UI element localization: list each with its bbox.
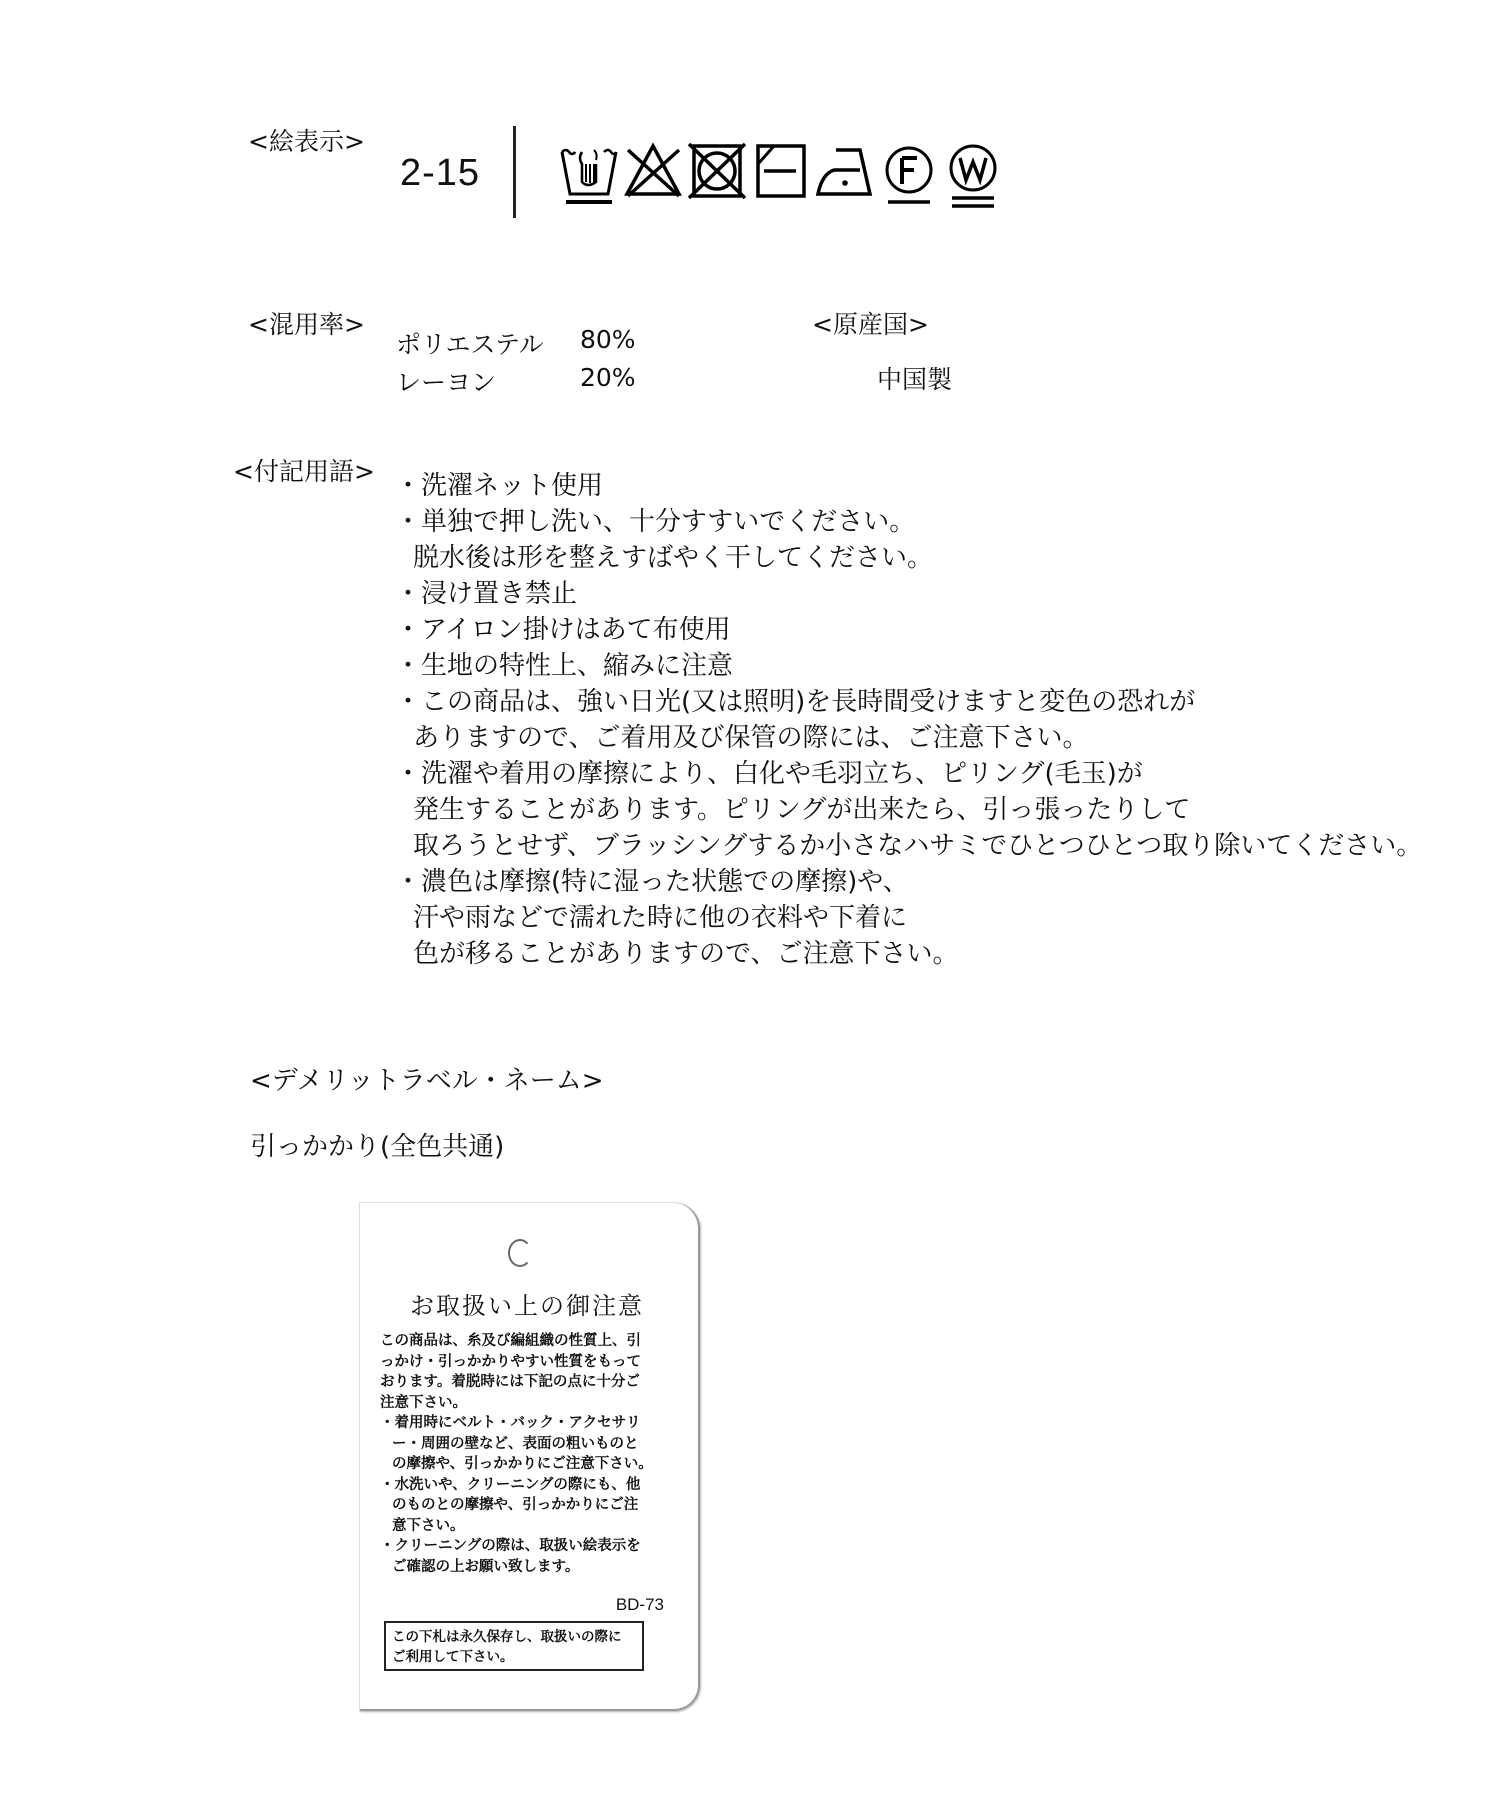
divider xyxy=(513,126,516,218)
dry-clean-f-icon xyxy=(880,140,938,216)
composition-heading: <混用率> xyxy=(248,305,365,341)
card-box-line: ご利用して下さい。 xyxy=(392,1647,636,1667)
hand-wash-icon xyxy=(560,140,618,216)
no-tumble-dry-icon xyxy=(688,140,746,216)
notes-list: ・洗濯ネット使用 ・単独で押し洗い、十分すすいでください。 脱水後は形を整えすば… xyxy=(395,468,1422,972)
card-notice-box: この下札は永久保存し、取扱いの際に ご利用して下さい。 xyxy=(384,1621,644,1671)
note-line: 発生することがあります。ピリングが出来たら、引っ張ったりして xyxy=(395,792,1422,828)
origin-value: 中国製 xyxy=(877,360,952,396)
origin-heading: <原産国> xyxy=(812,305,929,341)
note-line: ・浸け置き禁止 xyxy=(395,576,1422,612)
note-line: ・洗濯ネット使用 xyxy=(395,468,1422,504)
card-line: この商品は、糸及び編組織の性質上、引 xyxy=(380,1331,653,1352)
material-name: レーヨン xyxy=(396,363,496,399)
card-code: BD-73 xyxy=(616,1595,664,1615)
iron-low-icon xyxy=(816,140,874,216)
material-percent: 80% xyxy=(580,325,636,354)
care-symbols-row xyxy=(560,140,1002,220)
card-line: のものとの摩擦や、引っかかりにご注 xyxy=(380,1495,653,1516)
card-line: ・着用時にベルト・バック・アクセサリ xyxy=(380,1413,653,1434)
care-symbols-heading: <絵表示> xyxy=(248,122,365,158)
material-name: ポリエステル xyxy=(396,325,544,361)
card-line: おります。着脱時には下記の点に十分ご xyxy=(380,1372,653,1393)
notes-heading: <付記用語> xyxy=(233,452,375,488)
demerit-subheading: 引っかかり(全色共通) xyxy=(250,1126,504,1163)
note-line: 脱水後は形を整えすばやく干してください。 xyxy=(395,540,1422,576)
card-line: っかけ・引っかかりやすい性質をもって xyxy=(380,1352,653,1373)
card-line: の摩擦や、引っかかりにご注意下さい。 xyxy=(380,1454,653,1475)
note-line: ・洗濯や着用の摩擦により、白化や毛羽立ち、ピリング(毛玉)が xyxy=(395,756,1422,792)
note-line: ありますので、ご着用及び保管の際には、ご注意下さい。 xyxy=(395,720,1422,756)
note-line: ・単独で押し洗い、十分すすいでください。 xyxy=(395,504,1422,540)
note-line: ・アイロン掛けはあて布使用 xyxy=(395,612,1422,648)
hang-hole-icon xyxy=(508,1239,532,1267)
note-line: ・この商品は、強い日光(又は照明)を長時間受けますと変色の恐れが xyxy=(395,684,1422,720)
drip-dry-shade-icon xyxy=(752,140,810,216)
note-line: ・生地の特性上、縮みに注意 xyxy=(395,648,1422,684)
card-line: ー・周囲の壁など、表面の粗いものと xyxy=(380,1434,653,1455)
demerit-heading: <デメリットラベル・ネーム> xyxy=(250,1060,604,1097)
card-line: ご確認の上お願い致します。 xyxy=(380,1557,653,1578)
note-line: 汗や雨などで濡れた時に他の衣料や下着に xyxy=(395,900,1422,936)
note-line: 色が移ることがありますので、ご注意下さい。 xyxy=(395,936,1422,972)
card-line: ・クリーニングの際は、取扱い絵表示を xyxy=(380,1536,653,1557)
note-line: 取ろうとせず、ブラッシングするか小さなハサミでひとつひとつ取り除いてください。 xyxy=(395,828,1422,864)
care-code: 2-15 xyxy=(400,152,480,195)
no-bleach-icon xyxy=(624,140,682,216)
card-body: この商品は、糸及び編組織の性質上、引 っかけ・引っかかりやすい性質をもって おり… xyxy=(380,1331,653,1577)
card-line: 注意下さい。 xyxy=(380,1393,653,1414)
wet-clean-w-icon xyxy=(944,140,1002,216)
card-box-line: この下札は永久保存し、取扱いの際に xyxy=(392,1627,636,1647)
card-title: お取扱い上の御注意 xyxy=(410,1286,644,1321)
card-line: ・水洗いや、クリーニングの際にも、他 xyxy=(380,1475,653,1496)
material-percent: 20% xyxy=(580,363,636,392)
card-line: 意下さい。 xyxy=(380,1516,653,1537)
care-tag-card: お取扱い上の御注意 この商品は、糸及び編組織の性質上、引 っかけ・引っかかりやす… xyxy=(360,1203,700,1711)
note-line: ・濃色は摩擦(特に湿った状態での摩擦)や、 xyxy=(395,864,1422,900)
